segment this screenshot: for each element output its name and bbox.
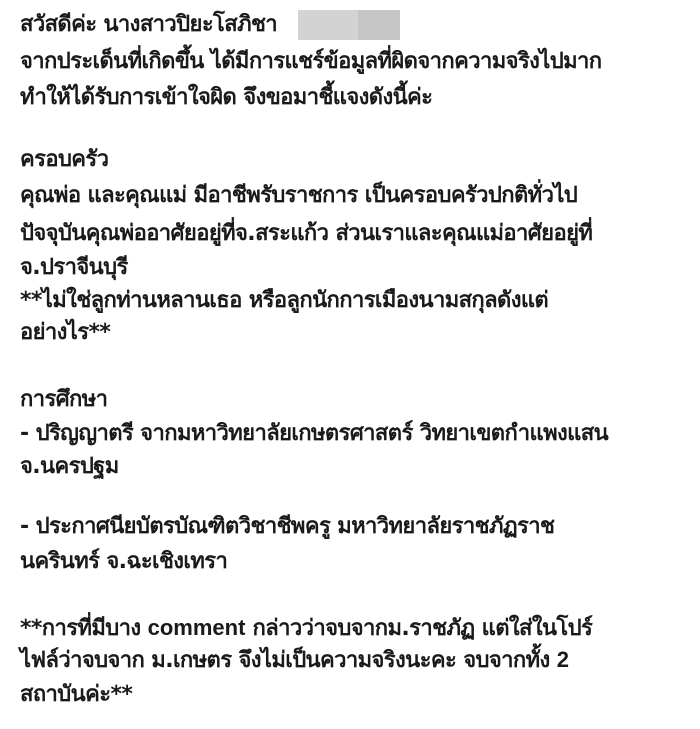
education-item-2-line-2: นครินทร์ จ.ฉะเชิงเทรา: [20, 545, 227, 579]
note-line-1: **การที่มีบาง comment กล่าวว่าจบจากม.ราช…: [20, 611, 592, 645]
family-line-2: ปัจจุบันคุณพ่ออาศัยอยู่ที่จ.สระแก้ว ส่วน…: [20, 217, 592, 251]
intro-line-1: จากประเด็นที่เกิดขึ้น ได้มีการแชร์ข้อมูล…: [20, 45, 602, 79]
family-line-5: อย่างไร**: [20, 316, 110, 350]
education-item-1-line-2: จ.นครปฐม: [20, 450, 119, 484]
note-line-2: ไฟล์ว่าจบจาก ม.เกษตร จึงไม่เป็นความจริงน…: [20, 643, 569, 677]
greeting-text: สวัสดีค่ะ นางสาวปิยะโสภิชา: [20, 12, 277, 37]
intro-line-2: ทำให้ได้รับการเข้าใจผิด จึงขอมาชี้แจงดัง…: [20, 81, 432, 115]
note-line-3: สถาบันค่ะ**: [20, 678, 132, 712]
family-heading: ครอบครัว: [20, 143, 108, 177]
redaction-left: [298, 10, 358, 40]
family-line-1: คุณพ่อ และคุณแม่ มีอาชีพรับราชการ เป็นคร…: [20, 179, 577, 213]
family-line-3: จ.ปราจีนบุรี: [20, 251, 128, 285]
education-heading: การศึกษา: [20, 383, 107, 417]
note-line-1-prefix: **การที่มีบาง: [20, 616, 148, 641]
note-line-2-number: 2: [557, 647, 569, 672]
education-item-2-line-1: - ประกาศนียบัตรบัณฑิตวิชาชีพครู มหาวิทยา…: [20, 510, 554, 544]
note-line-1-latin: comment: [148, 615, 246, 640]
education-item-1-line-1: - ปริญญาตรี จากมหาวิทยาลัยเกษตรศาสตร์ วิ…: [20, 417, 608, 451]
redacted-surname-block: [298, 10, 400, 40]
redaction-right: [358, 10, 400, 40]
note-line-2-text: ไฟล์ว่าจบจาก ม.เกษตร จึงไม่เป็นความจริงน…: [20, 648, 557, 673]
greeting-line: สวัสดีค่ะ นางสาวปิยะโสภิชา: [20, 8, 277, 42]
family-line-4: **ไม่ใช่ลูกท่านหลานเธอ หรือลูกนักการเมือ…: [20, 284, 548, 318]
note-line-1-suffix: กล่าวว่าจบจากม.ราชภัฏ แต่ใส่ในโปร์: [245, 616, 592, 641]
